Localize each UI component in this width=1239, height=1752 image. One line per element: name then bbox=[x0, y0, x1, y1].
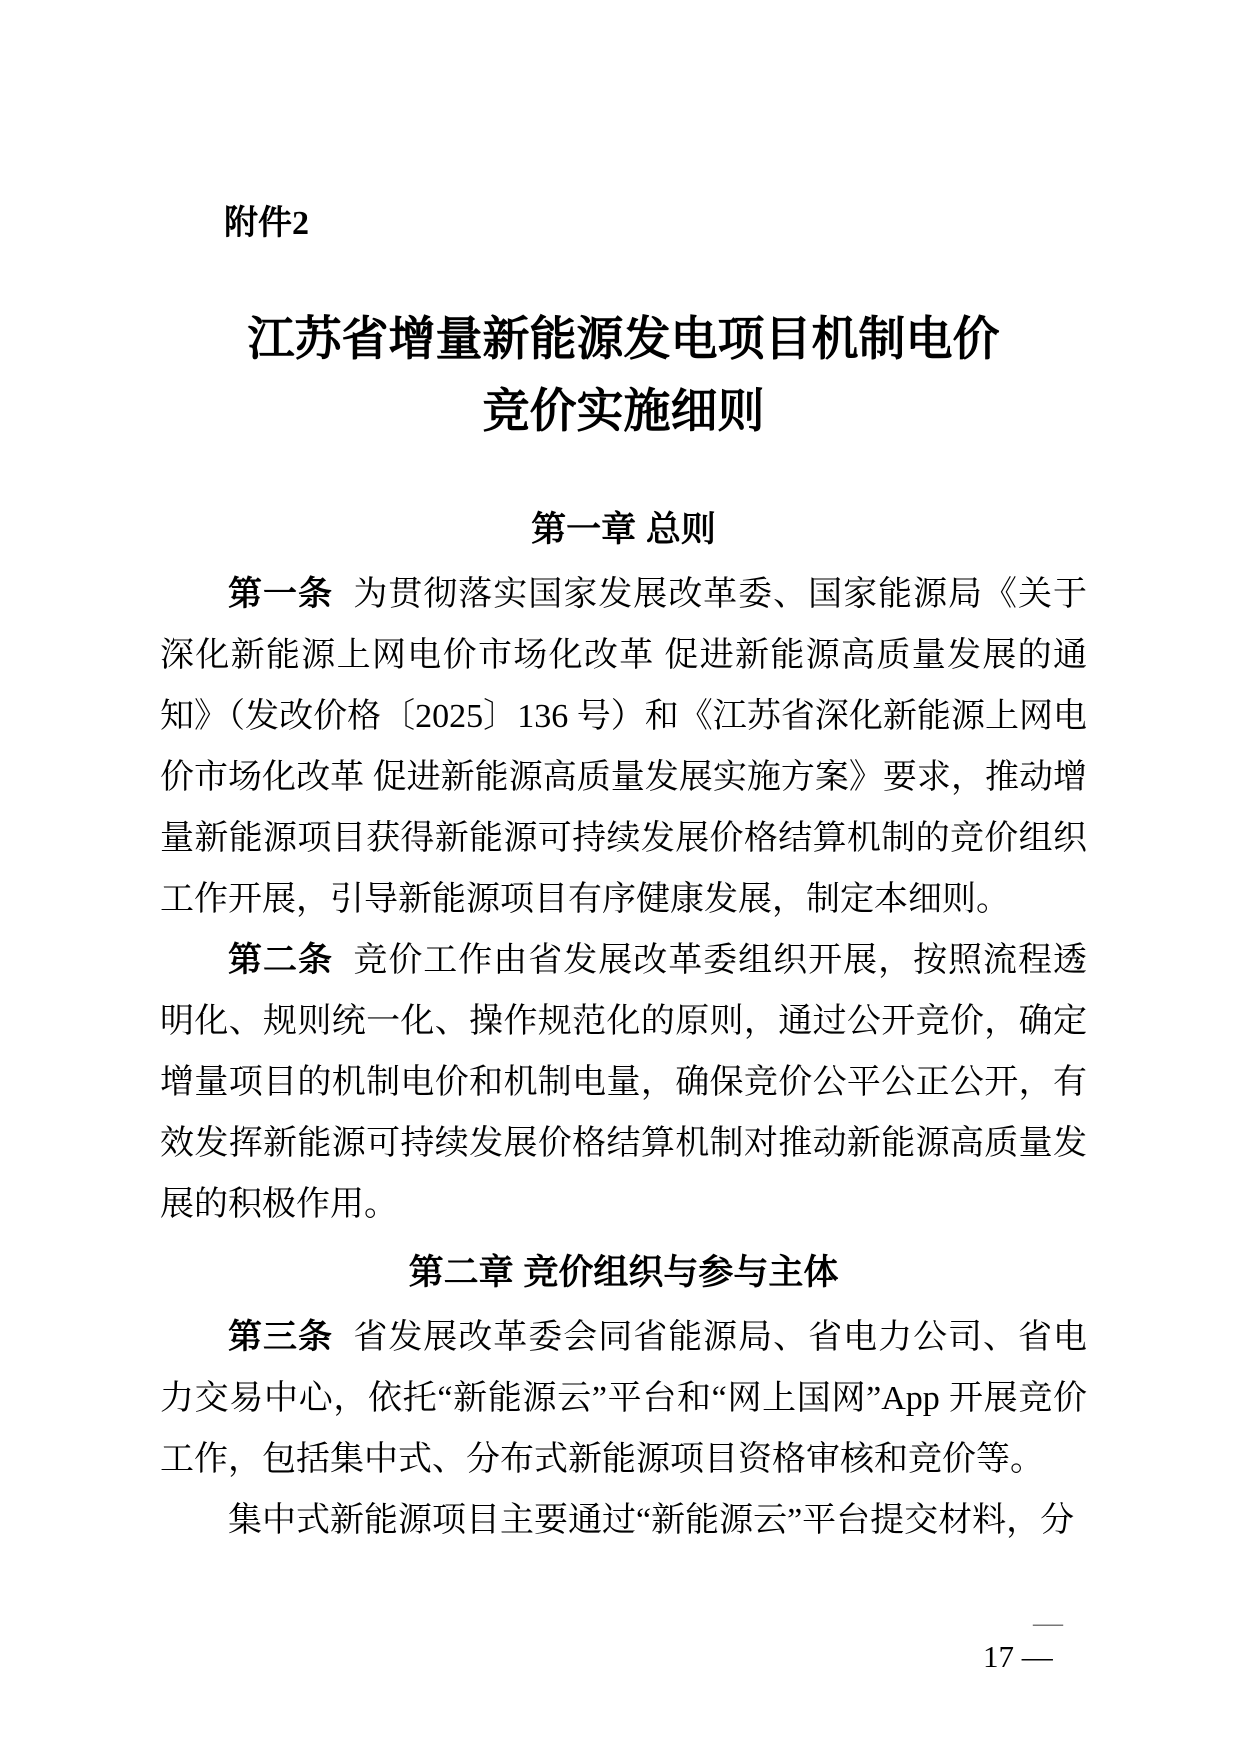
article-2-lead: 第二条 bbox=[228, 941, 333, 979]
article-2-text: 竞价工作由省发展改革委组织开展，按照流程透明化、规则统一化、操作规范化的原则，通… bbox=[160, 942, 1087, 1223]
chapter-heading-1: 第一章 总则 bbox=[160, 506, 1087, 554]
document-title: 江苏省增量新能源发电项目机制电价 竞价实施细则 bbox=[160, 304, 1087, 448]
continuation-text: 集中式新能源项目主要通过“新能源云”平台提交材料，分 bbox=[228, 1502, 1074, 1539]
paragraph-continuation: 集中式新能源项目主要通过“新能源云”平台提交材料，分 bbox=[160, 1490, 1087, 1551]
chapter-heading-2: 第二章 竞价组织与参与主体 bbox=[160, 1249, 1087, 1297]
paragraph-article-1: 第一条为贯彻落实国家发展改革委、国家能源局《关于深化新能源上网电价市场化改革 促… bbox=[160, 564, 1087, 930]
page-number: 17 — bbox=[983, 1639, 1053, 1675]
document-body: 附件2 江苏省增量新能源发电项目机制电价 竞价实施细则 第一章 总则 第一条为贯… bbox=[0, 0, 1239, 1551]
document-title-line2: 竞价实施细则 bbox=[160, 376, 1087, 448]
attachment-label: 附件2 bbox=[224, 0, 1087, 244]
document-title-line1: 江苏省增量新能源发电项目机制电价 bbox=[160, 304, 1087, 376]
article-3-lead: 第三条 bbox=[228, 1318, 333, 1356]
article-1-text: 为贯彻落实国家发展改革委、国家能源局《关于深化新能源上网电价市场化改革 促进新能… bbox=[160, 576, 1087, 918]
paragraph-article-3: 第三条省发展改革委会同省能源局、省电力公司、省电力交易中心，依托“新能源云”平台… bbox=[160, 1307, 1087, 1490]
paragraph-article-2: 第二条竞价工作由省发展改革委组织开展，按照流程透明化、规则统一化、操作规范化的原… bbox=[160, 930, 1087, 1235]
footer-upper-dash: — bbox=[1033, 1608, 1063, 1638]
document-page: 附件2 江苏省增量新能源发电项目机制电价 竞价实施细则 第一章 总则 第一条为贯… bbox=[0, 0, 1239, 1752]
article-1-lead: 第一条 bbox=[228, 575, 333, 613]
